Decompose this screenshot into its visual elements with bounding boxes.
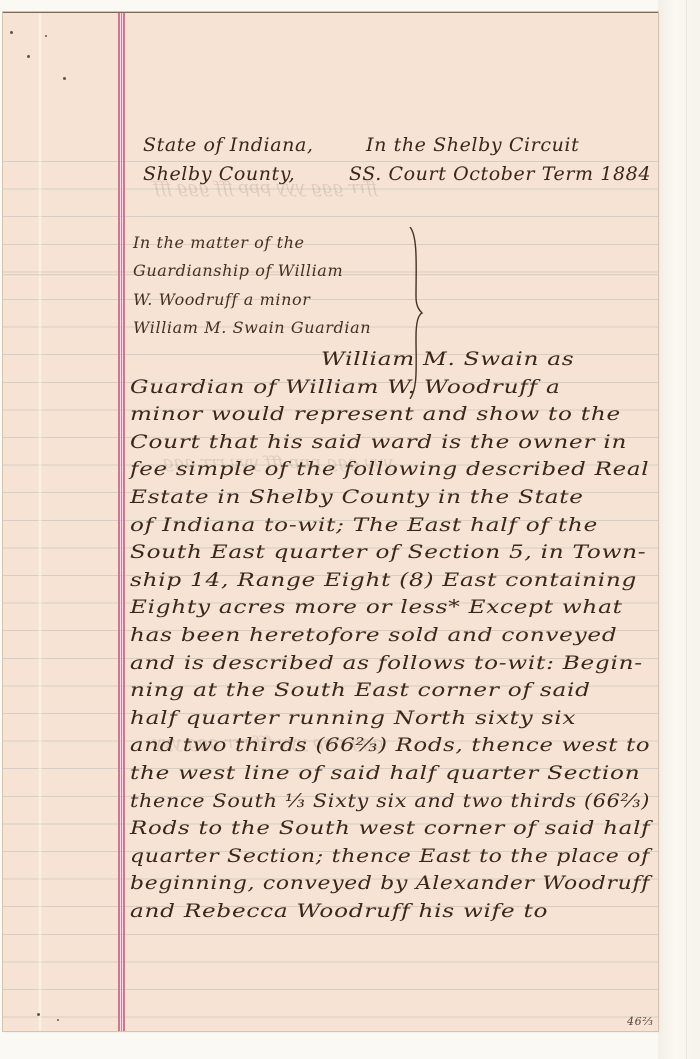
header-state: State of Indiana, xyxy=(143,136,314,155)
body-line: thence South ⅓ Sixty six and two thirds … xyxy=(130,793,650,812)
caption-line: Guardianship of William xyxy=(133,263,343,279)
body-line: and is described as follows to-wit: Begi… xyxy=(130,655,643,674)
vertical-fold-crease xyxy=(38,13,42,1031)
document-page: ffrr ggg yyy ppp fff ggg fff yyy ggg ppp… xyxy=(3,12,658,1031)
body-line: the west line of said half quarter Secti… xyxy=(130,765,640,784)
margin-line-blue xyxy=(121,13,122,1031)
body-line: ning at the South East corner of said xyxy=(130,682,591,701)
body-line: quarter Section; thence East to the plac… xyxy=(130,848,650,867)
body-line: of Indiana to-wit; The East half of the xyxy=(130,517,598,536)
body-line: Guardian of William W. Woodruff a xyxy=(130,379,561,398)
body-line: and Rebecca Woodruff his wife to xyxy=(130,903,548,922)
margin-line-red-left xyxy=(118,13,120,1031)
body-line: Estate in Shelby County in the State xyxy=(130,489,584,508)
scanner-background-strip xyxy=(658,0,700,1059)
body-line: fee simple of the following described Re… xyxy=(130,461,649,480)
curly-brace xyxy=(408,227,424,399)
body-line: ship 14, Range Eight (8) East containing xyxy=(130,572,637,591)
caption-line: William M. Swain Guardian xyxy=(133,320,371,336)
caption-line: W. Woodruff a minor xyxy=(133,292,310,308)
body-line: Court that his said ward is the owner in xyxy=(130,434,627,453)
page-marker: 46⅔ xyxy=(627,1016,653,1027)
header-term: SS. Court October Term 1884 xyxy=(349,165,651,184)
header-court: In the Shelby Circuit xyxy=(366,136,579,155)
body-line: minor would represent and show to the xyxy=(130,406,621,425)
body-line: and two thirds (66⅔) Rods, thence west t… xyxy=(130,737,650,756)
caption-line: In the matter of the xyxy=(133,235,305,251)
body-line: South East quarter of Section 5, in Town… xyxy=(130,544,646,563)
body-line: half quarter running North sixty six xyxy=(130,710,576,729)
header-county: Shelby County, xyxy=(143,165,295,184)
body-line: Rods to the South west corner of said ha… xyxy=(130,820,650,839)
body-line: Eighty acres more or less* Except what xyxy=(130,599,623,618)
body-line: has been heretofore sold and conveyed xyxy=(130,627,617,646)
body-line: beginning, conveyed by Alexander Woodruf… xyxy=(130,875,650,894)
body-line: William M. Swain as xyxy=(321,351,574,370)
margin-line-red-right xyxy=(123,13,125,1031)
